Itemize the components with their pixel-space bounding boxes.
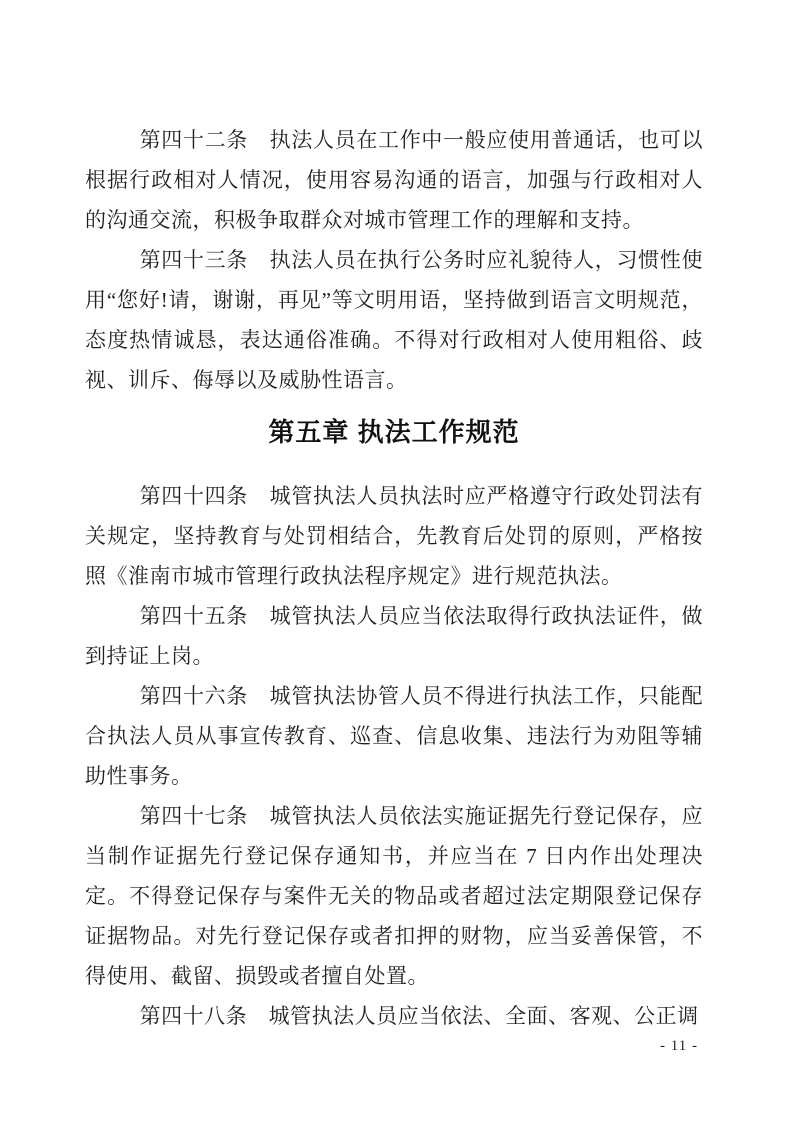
paragraph-article-42: 第四十二条 执法人员在工作中一般应使用普通话，也可以根据行政相对人情况，使用容易…: [85, 120, 703, 240]
paragraph-article-46: 第四十六条 城管执法协管人员不得进行执法工作，只能配合执法人员从事宣传教育、巡查…: [85, 676, 703, 796]
paragraph-article-43: 第四十三条 执法人员在执行公务时应礼貌待人，习惯性使用“您好!请，谢谢，再见”等…: [85, 240, 703, 400]
paragraph-article-45: 第四十五条 城管执法人员应当依法取得行政执法证件，做到持证上岗。: [85, 596, 703, 676]
paragraph-article-48: 第四十八条 城管执法人员应当依法、全面、客观、公正调: [85, 996, 703, 1036]
paragraph-article-44: 第四十四条 城管执法人员执法时应严格遵守行政处罚法有关规定，坚持教育与处罚相结合…: [85, 476, 703, 596]
paragraph-article-47: 第四十七条 城管执法人员依法实施证据先行登记保存，应当制作证据先行登记保存通知书…: [85, 796, 703, 996]
document-content: 第四十二条 执法人员在工作中一般应使用普通话，也可以根据行政相对人情况，使用容易…: [85, 120, 703, 1036]
chapter-heading: 第五章 执法工作规范: [85, 414, 703, 450]
page-number: - 11 -: [660, 1038, 698, 1055]
document-page: 第四十二条 执法人员在工作中一般应使用普通话，也可以根据行政相对人情况，使用容易…: [0, 0, 793, 1122]
